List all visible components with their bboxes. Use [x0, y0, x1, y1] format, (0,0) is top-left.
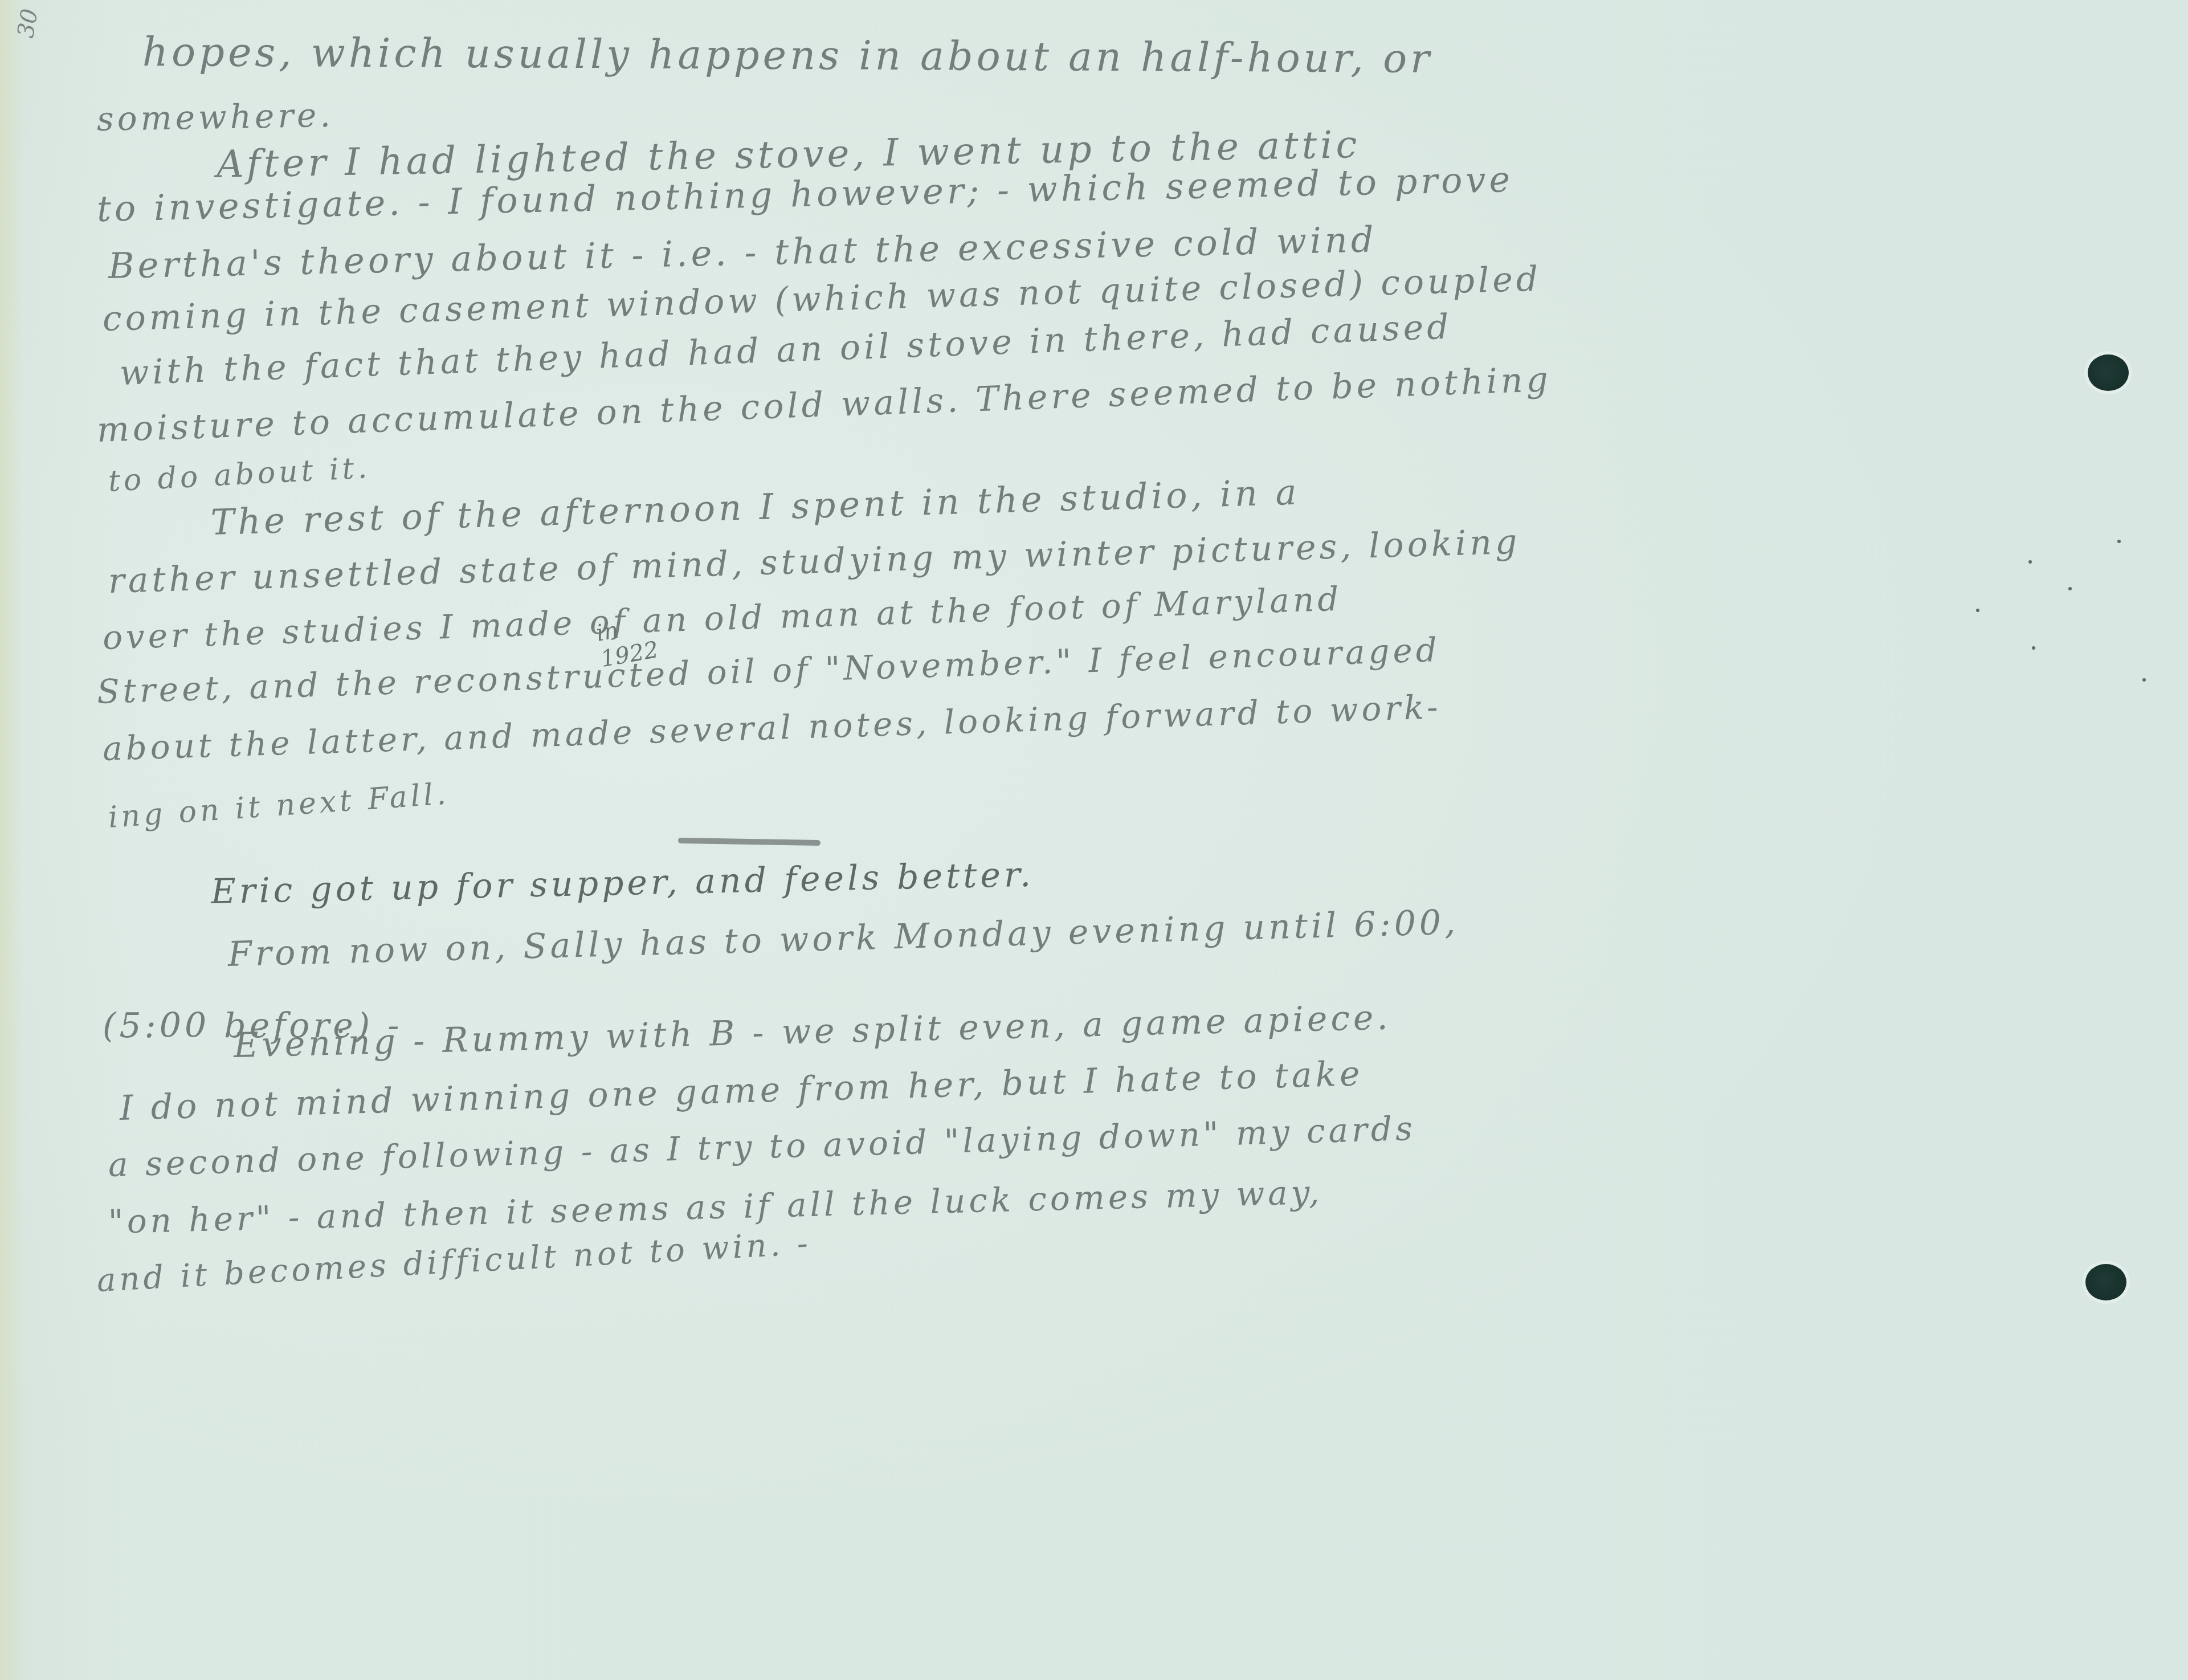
- paper-speck: [1976, 609, 1979, 612]
- text-line: to do about it.: [107, 451, 371, 499]
- separator-rule: [678, 838, 820, 846]
- text-line: From now on, Sally has to work Monday ev…: [227, 902, 1459, 974]
- binder-punch-hole-top: [2088, 354, 2129, 391]
- binder-punch-hole-bottom: [2085, 1264, 2126, 1300]
- paper-speck: [2032, 646, 2035, 650]
- paper-speck: [2117, 540, 2121, 543]
- paper-speck: [2142, 678, 2146, 682]
- text-line: ing on it next Fall.: [107, 777, 450, 835]
- text-line: hopes, which usually happens in about an…: [142, 28, 1433, 82]
- text-line: Eric got up for supper, and feels better…: [210, 855, 1034, 912]
- text-line: Evening - Rummy with B - we split even, …: [233, 997, 1391, 1066]
- journal-page: 30 hopes, which usually happens in about…: [0, 0, 2188, 1680]
- paper-speck: [2028, 560, 2032, 564]
- page-edge-discoloration: [0, 0, 23, 1680]
- page-number: 30: [13, 7, 43, 40]
- paper-speck: [2068, 587, 2072, 590]
- text-line: somewhere.: [96, 96, 334, 138]
